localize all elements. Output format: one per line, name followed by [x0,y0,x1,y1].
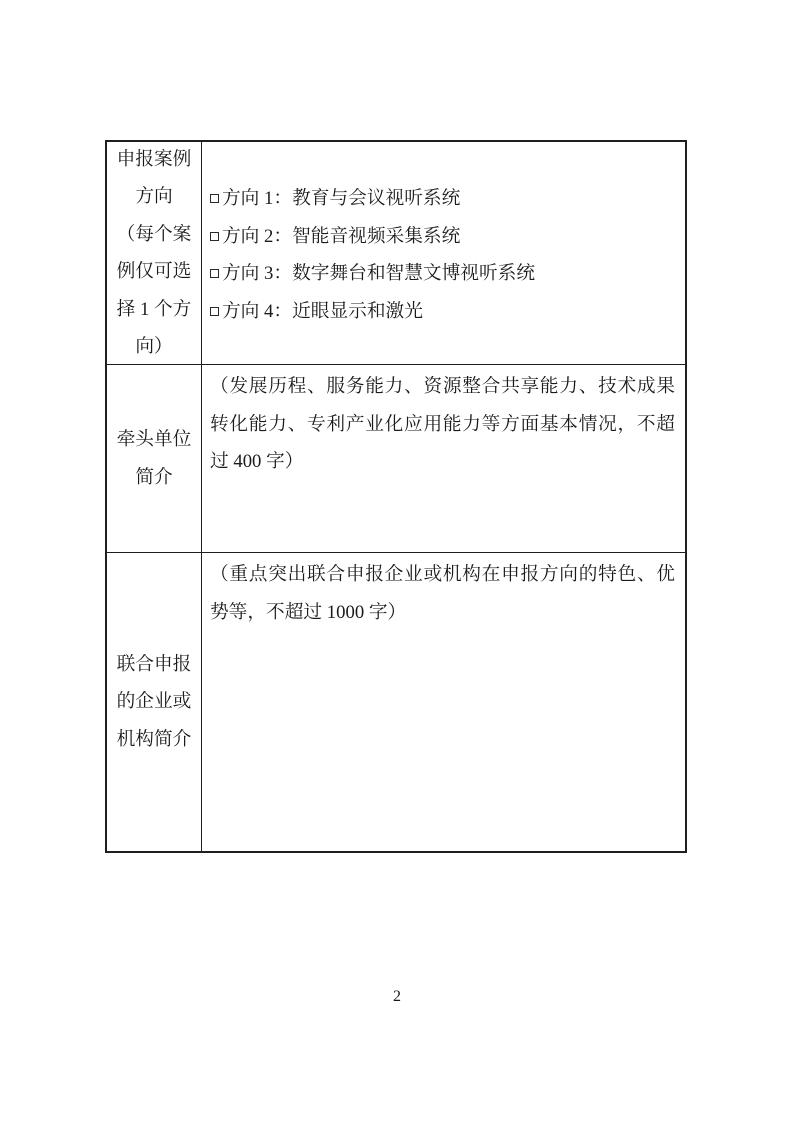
checkbox-icon [210,232,219,241]
option-label: 方向 4：近眼显示和激光 [222,301,423,322]
direction-option-2: 方向 2：智能音视频采集系统 [210,218,675,256]
cell-joint-applicants-intro: （重点突出联合申报企业或机构在申报方向的特色、优势等，不超过 1000 字） [202,553,685,851]
header-line: 机构简介 [117,721,192,759]
table-row-case-direction: 申报案例 方向 （每个案 例仅可选 择 1 个方 向） 方向 1：教育与会议视听… [107,142,685,365]
checkbox-icon [210,307,219,316]
row-header-joint-applicants-intro: 联合申报 的企业或 机构简介 [107,553,202,851]
header-line: 申报案例 [117,141,192,179]
header-line: 的企业或 [117,683,192,721]
checkbox-icon [210,269,219,278]
option-label: 方向 1：教育与会议视听系统 [222,188,460,209]
header-line: 择 1 个方 [117,291,192,329]
row-header-lead-unit-intro: 牵头单位 简介 [107,365,202,552]
page-number: 2 [0,986,794,1008]
application-form-table: 申报案例 方向 （每个案 例仅可选 择 1 个方 向） 方向 1：教育与会议视听… [105,140,687,853]
cell-direction-options: 方向 1：教育与会议视听系统 方向 2：智能音视频采集系统 方向 3：数字舞台和… [202,142,685,364]
direction-option-4: 方向 4：近眼显示和激光 [210,293,675,331]
cell-lead-unit-intro: （发展历程、服务能力、资源整合共享能力、技术成果转化能力、专利产业化应用能力等方… [202,365,685,552]
joint-applicants-intro-hint: （重点突出联合申报企业或机构在申报方向的特色、优势等，不超过 1000 字） [210,556,675,631]
direction-option-3: 方向 3：数字舞台和智慧文博视听系统 [210,255,675,293]
lead-unit-intro-hint: （发展历程、服务能力、资源整合共享能力、技术成果转化能力、专利产业化应用能力等方… [210,368,675,481]
checkbox-icon [210,194,219,203]
header-line: 简介 [135,459,172,497]
header-line: 方向 [135,178,172,216]
document-page: 申报案例 方向 （每个案 例仅可选 择 1 个方 向） 方向 1：教育与会议视听… [0,0,794,1123]
option-label: 方向 3：数字舞台和智慧文博视听系统 [222,263,535,284]
option-label: 方向 2：智能音视频采集系统 [222,226,460,247]
header-line: （每个案 [117,216,192,254]
row-header-case-direction: 申报案例 方向 （每个案 例仅可选 择 1 个方 向） [107,142,202,364]
table-row-lead-unit-intro: 牵头单位 简介 （发展历程、服务能力、资源整合共享能力、技术成果转化能力、专利产… [107,365,685,553]
direction-option-1: 方向 1：教育与会议视听系统 [210,180,675,218]
header-line: 向） [135,328,172,366]
table-row-joint-applicants-intro: 联合申报 的企业或 机构简介 （重点突出联合申报企业或机构在申报方向的特色、优势… [107,553,685,851]
header-line: 例仅可选 [117,253,192,291]
header-line: 牵头单位 [117,421,192,459]
direction-options-list: 方向 1：教育与会议视听系统 方向 2：智能音视频采集系统 方向 3：数字舞台和… [210,145,675,330]
header-line: 联合申报 [117,646,192,684]
